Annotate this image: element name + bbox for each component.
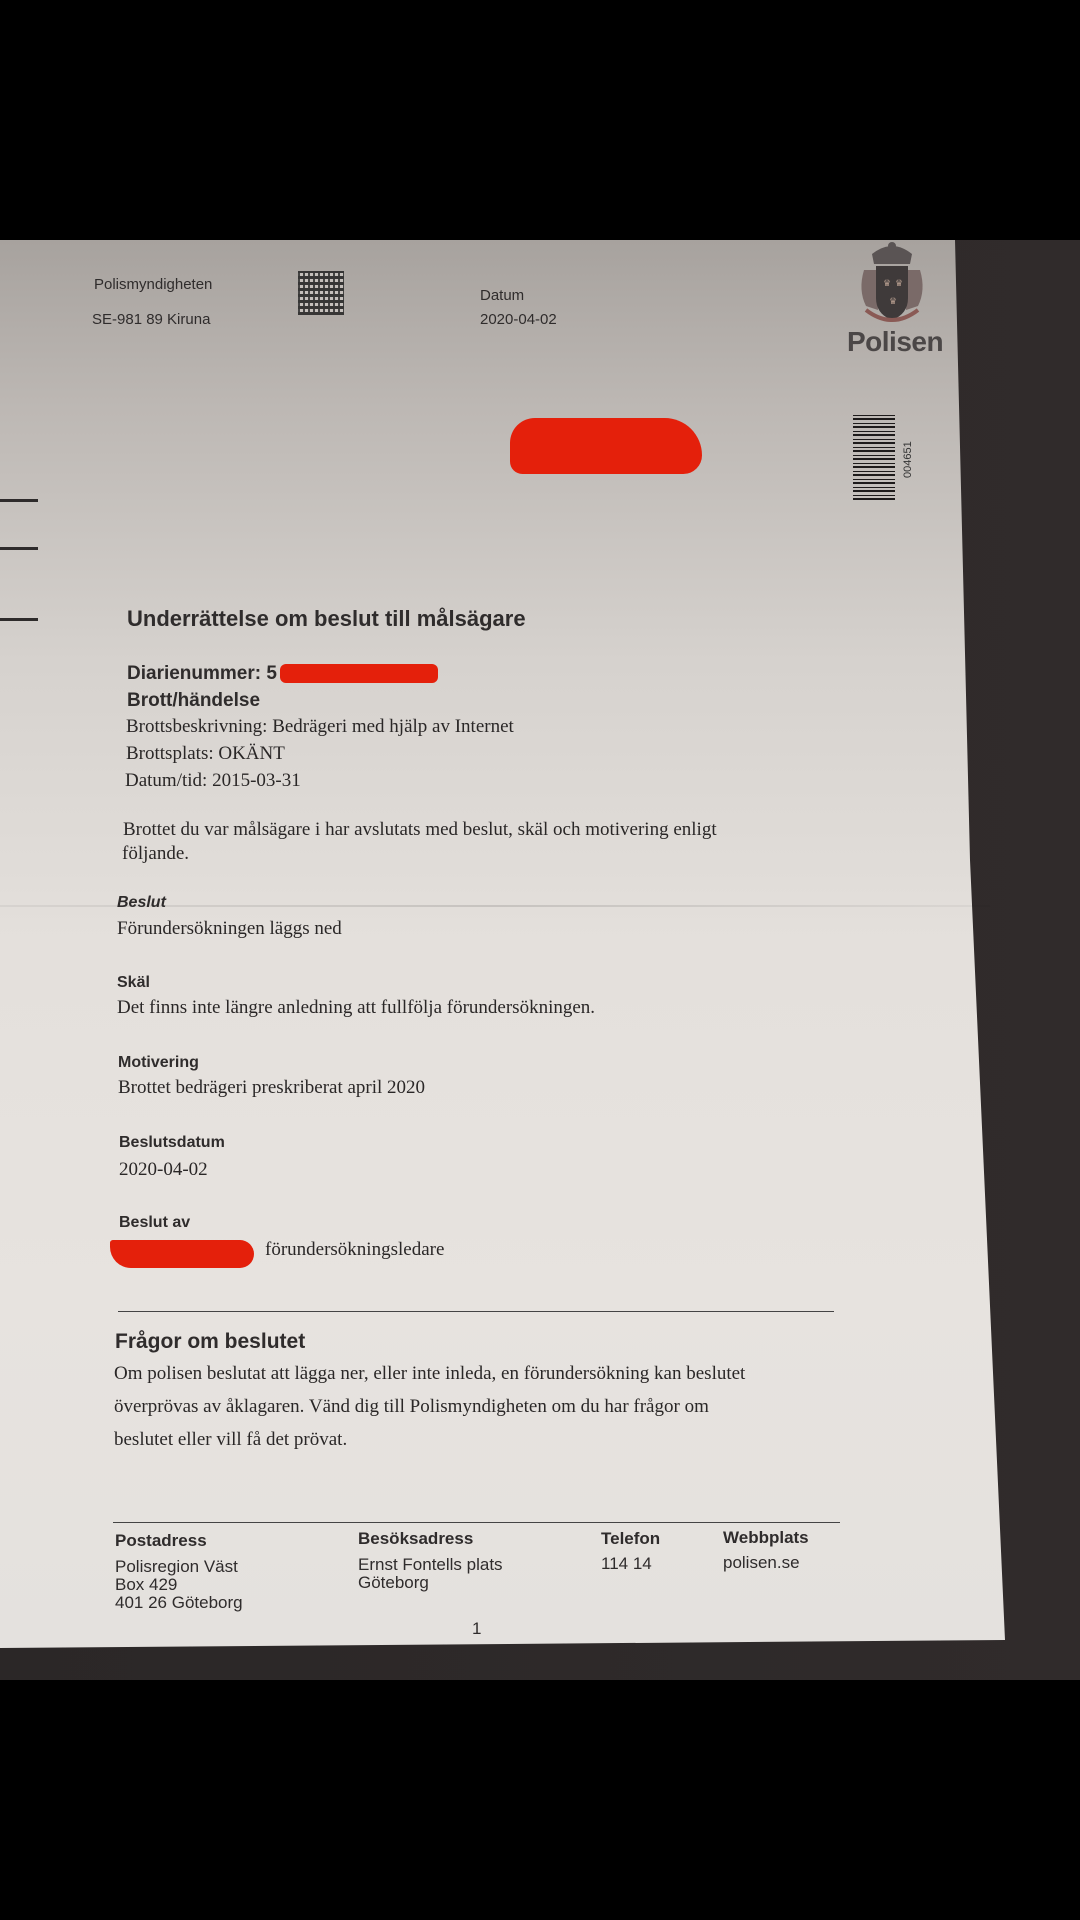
svg-text:♛: ♛ [889,296,897,306]
section-label-beslut-av: Beslut av [119,1214,190,1232]
brottsbeskrivning: Brottsbeskrivning: Bedrägeri med hjälp a… [126,716,514,738]
questions-line-2: överprövas av åklagaren. Vänd dig till P… [114,1396,709,1418]
footer-divider [113,1522,840,1523]
date-label: Datum [480,287,524,304]
barcode-number: 004651 [902,441,914,478]
svg-text:♛: ♛ [883,278,891,288]
section-label-motivering: Motivering [118,1054,199,1072]
document-title: Underrättelse om beslut till målsägare [127,606,526,632]
svg-text:♛: ♛ [895,278,903,288]
date-value: 2020-04-02 [480,311,557,328]
datamatrix-code-icon [298,271,344,315]
section-value-beslut-av: förundersökningsledare [265,1239,444,1261]
section-value-beslut: Förundersökningen läggs ned [117,918,342,940]
besoksadress-label: Besöksadress [358,1529,473,1549]
questions-heading: Frågor om beslutet [115,1330,305,1354]
questions-line-3: beslutet eller vill få det prövat. [114,1429,347,1451]
brottsplats: Brottsplats: OKÄNT [126,743,285,765]
telefon-label: Telefon [601,1529,660,1549]
section-label-beslutsdatum: Beslutsdatum [119,1134,225,1152]
page-number: 1 [472,1620,481,1638]
police-crest-icon: ♛ ♛ ♛ [852,240,932,330]
section-value-motivering: Brottet bedrägeri preskriberat april 202… [118,1077,425,1099]
section-label-beslut: Beslut [117,894,166,912]
polisen-logo-text: Polisen [847,326,943,358]
recipient-redaction [510,418,702,474]
section-label-skal: Skäl [117,974,150,992]
besoksadress-line: Göteborg [358,1574,429,1592]
brott-heading: Brott/händelse [127,690,260,712]
sender-name: Polismyndigheten [94,276,212,293]
fold-mark [0,499,38,502]
intro-line-2: följande. [122,843,189,865]
postadress-line: Polisregion Väst [115,1558,238,1576]
diarienummer-redaction [280,664,438,683]
sender-address: SE-981 89 Kiruna [92,311,210,328]
diarienummer-label: Diarienummer: 5 [127,663,277,685]
telefon-value: 114 14 [601,1555,652,1573]
intro-line-1: Brottet du var målsägare i har avslutats… [123,819,717,841]
postadress-line: Box 429 [115,1576,177,1594]
webbplats-link[interactable]: polisen.se [723,1554,800,1572]
webbplats-label: Webbplats [723,1528,809,1548]
section-value-beslutsdatum: 2020-04-02 [119,1159,208,1181]
divider [118,1311,834,1312]
barcode-icon [853,414,895,500]
datum-tid: Datum/tid: 2015-03-31 [125,770,301,792]
postadress-label: Postadress [115,1531,207,1551]
questions-line-1: Om polisen beslutat att lägga ner, eller… [114,1363,745,1385]
besoksadress-line: Ernst Fontells plats [358,1556,503,1574]
fold-mark [0,618,38,621]
fold-mark [0,547,38,550]
decision-maker-redaction [110,1240,254,1268]
section-value-skal: Det finns inte längre anledning att full… [117,997,595,1019]
postadress-line: 401 26 Göteborg [115,1594,243,1612]
